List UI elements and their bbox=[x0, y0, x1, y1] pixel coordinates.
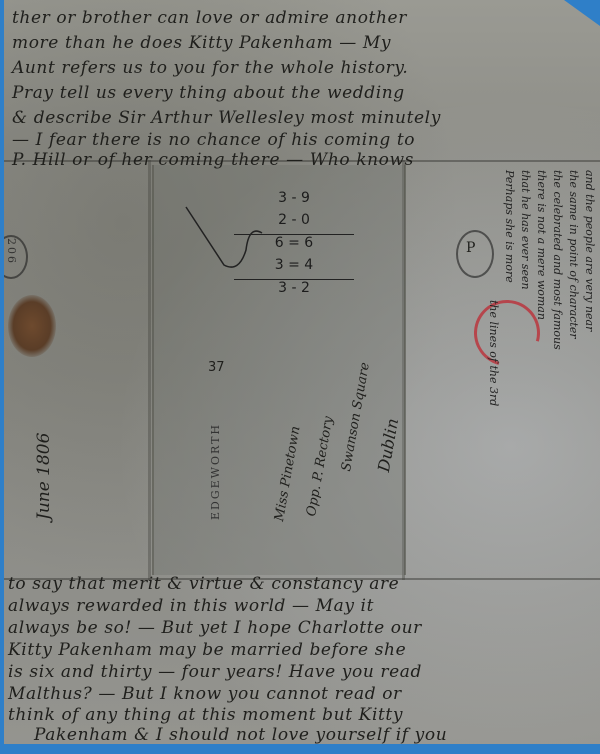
text-line: always be so! — But yet I hope Charlotte… bbox=[8, 618, 422, 638]
text-line: Pray tell us every thing about the weddi… bbox=[12, 83, 405, 103]
text-line: ther or brother can love or admire anoth… bbox=[12, 8, 407, 28]
text-line: & describe Sir Arthur Wellesley most min… bbox=[12, 108, 441, 128]
text-line: P. Hill or of her coming there — Who kno… bbox=[12, 150, 414, 170]
text-line: is six and thirty — four years! Have you… bbox=[8, 662, 422, 682]
text-line: Pakenham & I should not love yourself if… bbox=[34, 725, 447, 745]
text-line: Malthus? — But I know you cannot read or bbox=[8, 684, 402, 704]
postmark-number: 206 bbox=[5, 238, 18, 265]
edgeworth-postmark: EDGEWORTH bbox=[209, 423, 222, 520]
letter-paper: ther or brother can love or admire anoth… bbox=[4, 0, 600, 744]
cross-writing-line: that he has ever seen bbox=[519, 170, 532, 290]
cross-writing-line: the celebrated and most famous bbox=[551, 170, 564, 350]
text-line: — I fear there is no chance of his comin… bbox=[12, 130, 415, 150]
cross-writing-line: there is not a mere woman bbox=[535, 170, 548, 320]
fold-line-left bbox=[148, 160, 151, 580]
cross-writing-line: and the people are very near bbox=[583, 170, 596, 331]
note-number: 37 bbox=[208, 360, 225, 375]
postmark-letter: P bbox=[466, 240, 475, 256]
date-note: June 1806 bbox=[34, 433, 54, 520]
cross-writing-line: the lines of the 3rd bbox=[487, 300, 500, 406]
cross-writing-line: the same in point of character bbox=[567, 170, 580, 339]
flourish-icon bbox=[184, 205, 264, 275]
sum-line: 3 - 2 bbox=[234, 280, 354, 302]
cross-writing-line: Perhaps she is more bbox=[503, 170, 516, 283]
text-line: more than he does Kitty Pakenham — My bbox=[12, 33, 391, 53]
text-line: Aunt refers us to you for the whole hist… bbox=[12, 58, 408, 78]
text-line: always rewarded in this world — May it bbox=[8, 596, 374, 616]
text-line: Kitty Pakenham may be married before she bbox=[8, 640, 406, 660]
text-line: think of any thing at this moment but Ki… bbox=[8, 705, 403, 725]
wax-seal bbox=[8, 295, 56, 357]
text-line: to say that merit & virtue & constancy a… bbox=[8, 574, 399, 594]
